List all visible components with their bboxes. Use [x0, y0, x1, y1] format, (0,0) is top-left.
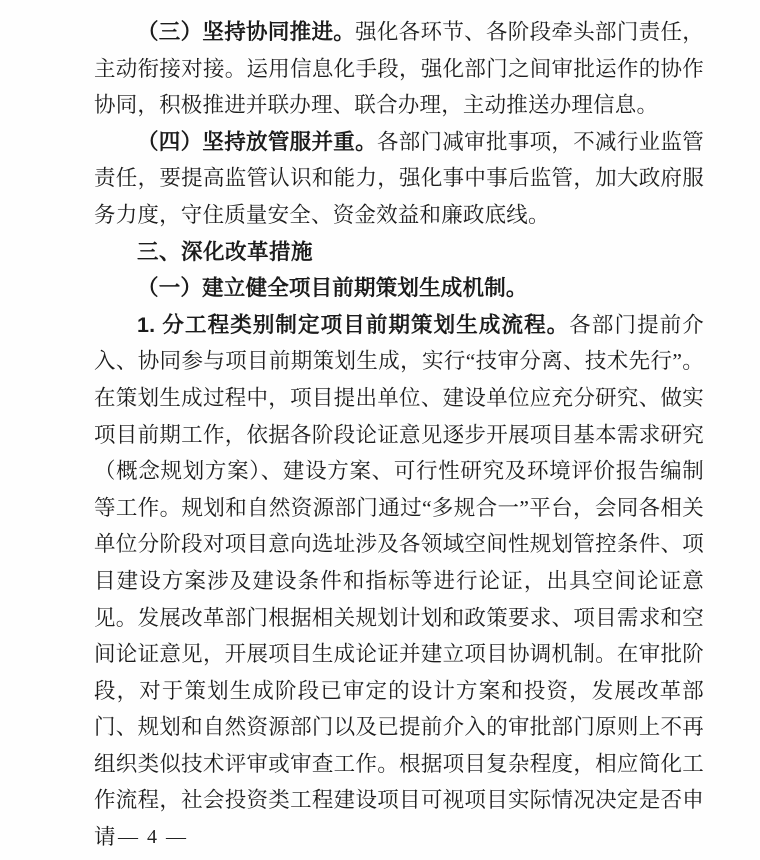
document-page: （三）坚持协同推进。强化各环节、各阶段牵头部门责任，主动衔接对接。运用信息化手段…	[0, 0, 760, 860]
text-segment: 三、深化改革措施	[137, 240, 313, 264]
document-body: （三）坚持协同推进。强化各环节、各阶段牵头部门责任，主动衔接对接。运用信息化手段…	[94, 14, 704, 856]
page-number: — 4 —	[118, 826, 188, 849]
paragraph: 1. 分工程类别制定项目前期策划生成流程。各部门提前介入、协同参与项目前期策划生…	[94, 307, 704, 856]
text-segment: （四）坚持放管服并重。	[137, 130, 377, 154]
text-segment: （三）坚持协同推进。	[137, 20, 355, 44]
paragraph: （一）建立健全项目前期策划生成机制。	[94, 270, 704, 307]
text-segment: （一）建立健全项目前期策划生成机制。	[137, 276, 528, 300]
text-segment: 1. 分工程类别制定项目前期策划生成流程。	[137, 313, 569, 337]
paragraph: （四）坚持放管服并重。各部门减审批事项，不减行业监管责任，要提高监管认识和能力，…	[94, 124, 704, 234]
section-heading: 三、深化改革措施	[94, 234, 704, 271]
text-segment: 各部门提前介入、协同参与项目前期策划生成，实行“技审分离、技术先行”。在策划生成…	[94, 313, 704, 849]
paragraph: （三）坚持协同推进。强化各环节、各阶段牵头部门责任，主动衔接对接。运用信息化手段…	[94, 14, 704, 124]
